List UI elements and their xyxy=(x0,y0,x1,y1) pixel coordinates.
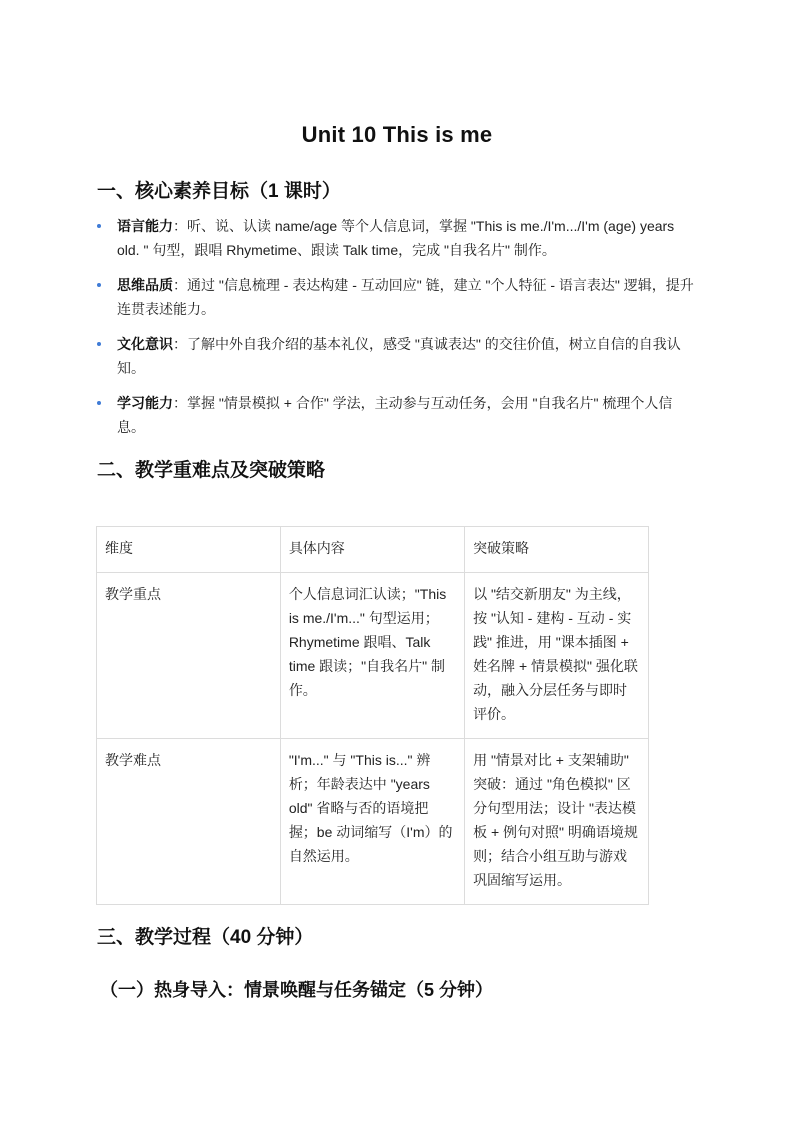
table-header-row: 维度 具体内容 突破策略 xyxy=(97,527,649,573)
section-heading-key-points: 二、教学重难点及突破策略 xyxy=(97,455,325,482)
table-row: 教学难点 "I'm..." 与 "This is..." 辨析；年龄表达中 "y… xyxy=(97,739,649,905)
key-points-table: 维度 具体内容 突破策略 教学重点 个人信息词汇认读；"This is me./… xyxy=(96,526,649,905)
table-cell: 个人信息词汇认读；"This is me./I'm..." 句型运用；Rhyme… xyxy=(280,573,464,739)
objective-item: 文化意识：了解中外自我介绍的基本礼仪，感受 "真诚表达" 的交往价值，树立自信的… xyxy=(97,332,697,380)
document-page: Unit 10 This is me 一、核心素养目标（1 课时） 语言能力：听… xyxy=(0,0,794,1123)
subsection-heading-warmup: （一）热身导入：情景唤醒与任务锚定（5 分钟） xyxy=(100,976,493,1002)
objective-text: ：听、说、认读 name/age 等个人信息词，掌握 "This is me./… xyxy=(117,218,674,258)
table-cell: 教学难点 xyxy=(97,739,281,905)
bullet-icon xyxy=(97,401,101,405)
table-cell: 用 "情景对比 + 支架辅助" 突破：通过 "角色模拟" 区分句型用法；设计 "… xyxy=(465,739,649,905)
table-header-cell: 突破策略 xyxy=(465,527,649,573)
table-cell: "I'm..." 与 "This is..." 辨析；年龄表达中 "years … xyxy=(280,739,464,905)
objective-item: 语言能力：听、说、认读 name/age 等个人信息词，掌握 "This is … xyxy=(97,214,697,262)
table-row: 教学重点 个人信息词汇认读；"This is me./I'm..." 句型运用；… xyxy=(97,573,649,739)
bullet-icon xyxy=(97,224,101,228)
objective-text: ：了解中外自我介绍的基本礼仪，感受 "真诚表达" 的交往价值，树立自信的自我认知… xyxy=(117,336,681,376)
objective-item: 学习能力：掌握 "情景模拟 + 合作" 学法，主动参与互动任务，会用 "自我名片… xyxy=(97,391,697,439)
bullet-icon xyxy=(97,342,101,346)
table-header-cell: 维度 xyxy=(97,527,281,573)
objectives-list: 语言能力：听、说、认读 name/age 等个人信息词，掌握 "This is … xyxy=(97,214,697,450)
document-title: Unit 10 This is me xyxy=(0,122,794,148)
section-heading-process: 三、教学过程（40 分钟） xyxy=(97,922,313,949)
objective-label: 文化意识 xyxy=(117,336,173,352)
objective-text: ：通过 "信息梳理 - 表达构建 - 互动回应" 链，建立 "个人特征 - 语言… xyxy=(117,277,694,317)
table-header-cell: 具体内容 xyxy=(280,527,464,573)
objective-label: 思维品质 xyxy=(117,277,173,293)
objective-text: ：掌握 "情景模拟 + 合作" 学法，主动参与互动任务，会用 "自我名片" 梳理… xyxy=(117,395,672,435)
objective-label: 学习能力 xyxy=(117,395,173,411)
table-cell: 以 "结交新朋友" 为主线，按 "认知 - 建构 - 互动 - 实践" 推进，用… xyxy=(465,573,649,739)
bullet-icon xyxy=(97,283,101,287)
table-cell: 教学重点 xyxy=(97,573,281,739)
objective-label: 语言能力 xyxy=(117,218,173,234)
objective-item: 思维品质：通过 "信息梳理 - 表达构建 - 互动回应" 链，建立 "个人特征 … xyxy=(97,273,697,321)
section-heading-objectives: 一、核心素养目标（1 课时） xyxy=(97,176,341,203)
